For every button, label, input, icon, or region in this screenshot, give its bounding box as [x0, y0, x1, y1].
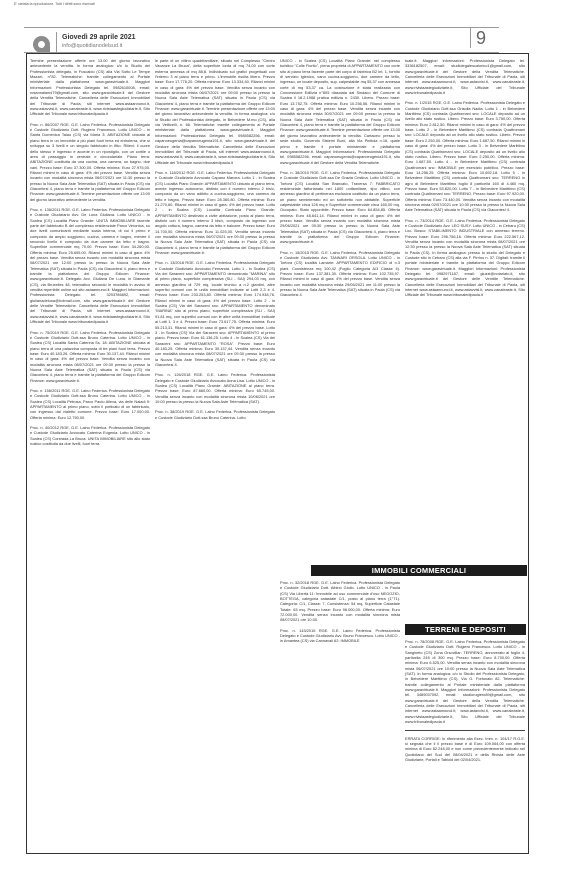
- notice: Proc. n. 13/2018 RGE. G.E. Laino Federic…: [155, 260, 275, 367]
- notice: Proc. n. 32/2018 RGE. G.E. Laino Federic…: [280, 580, 400, 623]
- notice-column-3-lower: Proc. n. 32/2018 RGE. G.E. Laino Federic…: [280, 580, 400, 850]
- notice-column-4-upper: tuale.it. Maggiori informazioni: Profess…: [405, 58, 525, 561]
- notice: Proc. n. 40/2012 RGE. G.E. Laino Federic…: [30, 425, 150, 446]
- header-divider-left: [56, 32, 57, 54]
- header-top-rule: [24, 27, 499, 28]
- notice: UNICO - in Scalea (CS) Località Pianc Gr…: [280, 58, 400, 165]
- notice: tuale.it. Maggiori informazioni: Profess…: [405, 58, 525, 95]
- copyright-watermark: E' vietata la riproduzione. Tutti i diri…: [14, 2, 95, 6]
- notice: Proc. n. 86/2007 RGE. G.E. Laino Federic…: [30, 122, 150, 202]
- section-header-land-and-storage: TERRENI E DEPOSITI: [405, 624, 526, 635]
- notice: Proc. n. 136/2011 RGE. G.E. Laino Federi…: [30, 207, 150, 325]
- notice: Proc. n. 75/2019 RGE. G.E. Laino Federic…: [30, 330, 150, 383]
- notice: Proc. n. 1/2015 RGE. G.E. Laino Federica…: [405, 100, 525, 212]
- notice: Proc. n. 118/2012 RGE. G.E. Laino Federi…: [155, 170, 275, 256]
- notice: Proc. n. 38/2019 RGE. G.E. Laino Federic…: [155, 409, 275, 420]
- notice: Proc. n. 15/2015 RGE. G.E. Laino Federic…: [280, 250, 400, 298]
- notice: Proc. n. 38/2010 RGE. G.E. Laino Federic…: [280, 170, 400, 245]
- notice: Termine presentazione offerte ore 13.00 …: [30, 58, 150, 117]
- contact-email[interactable]: info@quotidianodelsud.it: [62, 43, 122, 49]
- notice: Proc. n. 73/2014 RGE. G.E. Laino Federic…: [405, 218, 525, 298]
- section-header-commercial-properties: IMMOBILI COMMERCIALI: [311, 565, 527, 576]
- notice: Proc. n. 126/2018 RGE. G.E. Laino Federi…: [155, 372, 275, 404]
- header-divider-right: [470, 28, 471, 48]
- notice-column-2: le parte di un villino quadrifamiliare, …: [155, 58, 275, 851]
- notice-column-1: Termine presentazione offerte ore 13.00 …: [30, 58, 150, 851]
- errata-corrige: ERRATA CORRIGE: In riferimento alla Esec…: [405, 736, 525, 763]
- issue-date: Giovedì 29 aprile 2021: [62, 34, 136, 41]
- notice: Proc. n. 78/2008 RGE. G.E. Laino Federic…: [405, 639, 525, 725]
- notice: Proc. n. 156/2011 RGE. G.E. Laino Federi…: [30, 388, 150, 420]
- notice: Proc. n. 143/2015 RGE. G.E. Laino Federi…: [280, 628, 400, 644]
- notice-column-4-lower: Proc. n. 78/2008 RGE. G.E. Laino Federic…: [405, 639, 525, 851]
- page-number: 9: [476, 28, 486, 49]
- notice-column-3-upper: UNICO - in Scalea (CS) Località Pianc Gr…: [280, 58, 400, 561]
- notice: le parte di un villino quadrifamiliare, …: [155, 58, 275, 165]
- notice-divider: [405, 730, 525, 731]
